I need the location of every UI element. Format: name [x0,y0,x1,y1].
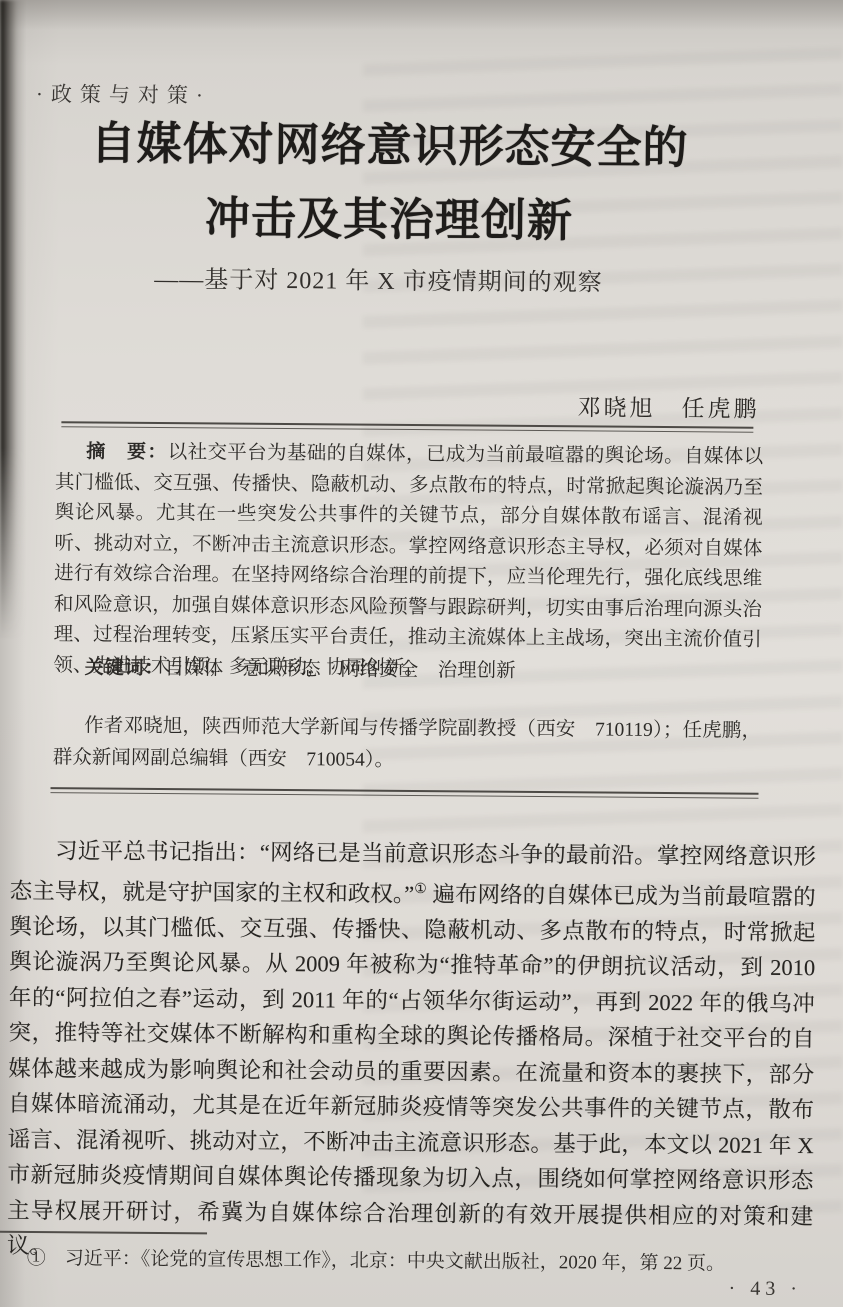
author-affiliation-note: 作者邓晓旭，陕西师范大学新闻与传播学院副教授（西安 710119）；任虎鹏，群众… [53,710,761,780]
divider-below-header [50,787,758,799]
abstract-text: 以社交平台为基础的自媒体，已成为当前最喧嚣的舆论场。自媒体以其门槛低、交互强、传… [53,442,763,679]
authors: 邓晓旭 任虎鹏 [0,385,760,424]
keywords-line: 关键词：自媒体 意识形态 网络安全 治理创新 [53,651,761,685]
abstract-paragraph: 摘 要：以社交平台为基础的自媒体，已成为当前最喧嚣的舆论场。自媒体以其门槛低、交… [53,437,763,687]
scanned-journal-page: ·政策与对策· 自媒体对网络意识形态安全的 冲击及其治理创新 ——基于对 202… [0,0,843,1307]
body-paragraph: 习近平总书记指出：“网络已是当前意识形态斗争的最前沿。掌控网络意识形态主导权，就… [7,833,816,1270]
keywords-text: 自媒体 意识形态 网络安全 治理创新 [165,658,516,682]
page-number: · 43 · [729,1278,803,1302]
body-text-part2: 遍布网络的自媒体已成为当前最喧嚣的舆论场，以其门槛低、交互强、传播快、隐蔽机动、… [7,881,816,1258]
article-title-line2: 冲击及其治理创新 [0,180,779,260]
footnote-text: ① 习近平：《论党的宣传思想工作》，北京：中央文献出版社，2020 年，第 22… [27,1243,807,1276]
divider-above-abstract [61,421,753,432]
keywords-label: 关键词： [85,657,165,679]
section-label: ·政策与对策· [36,78,211,109]
page-content: ·政策与对策· 自媒体对网络意识形态安全的 冲击及其治理创新 ——基于对 202… [0,0,843,1307]
abstract-label: 摘 要： [86,441,168,463]
article-subtitle: ——基于对 2021 年 X 市疫情期间的观察 [0,258,759,299]
article-title: 自媒体对网络意识形态安全的 冲击及其治理创新 [0,106,780,260]
footnote-reference-mark: ① [414,882,427,897]
article-title-line1: 自媒体对网络意识形态安全的 [0,106,780,186]
